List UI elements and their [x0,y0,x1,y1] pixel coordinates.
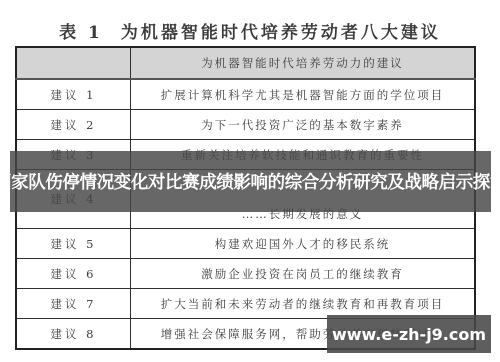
table-row: 建议 5 构建欢迎国外人才的移民系统 [16,229,475,259]
table-title: 为机器智能时代培养劳动者八大建议 [121,23,441,43]
header-cell-recommendation: 为机器智能时代培养劳动力的建议 [131,47,476,79]
table-row: 建议 7 扩大当前和未来劳动者的继续教育和再教育项目 [16,289,475,319]
row-label: 建议 2 [16,110,131,140]
banner-title: 国家队伤停情况变化对比赛成绩影响的综合分析研究及战略启示探讨 [0,169,500,194]
row-text: 扩展计算机科学尤其是机器智能方面的学位项目 [131,79,476,110]
row-label: 建议 6 [16,259,131,289]
title-banner-overlay: 国家队伤停情况变化对比赛成绩影响的综合分析研究及战略启示探讨 [10,151,491,212]
table-row: 建议 6 激励企业投资在岗员工的继续教育 [16,259,475,289]
row-text: 扩大当前和未来劳动者的继续教育和再教育项目 [131,289,476,319]
row-label: 建议 1 [16,79,131,110]
table-row: 建议 2 为下一代投资广泛的基本数字素养 [16,110,475,140]
row-text: 激励企业投资在岗员工的继续教育 [131,259,476,289]
row-text: 为下一代投资广泛的基本数字素养 [131,110,476,140]
row-text: 构建欢迎国外人才的移民系统 [131,229,476,259]
table-header-row: 为机器智能时代培养劳动力的建议 [16,47,475,79]
header-cell-label [16,47,131,79]
watermark-text: www.e-zh-j9.com [332,325,486,344]
table-row: 建议 1 扩展计算机科学尤其是机器智能方面的学位项目 [16,79,475,110]
row-label: 建议 7 [16,289,131,319]
table-caption: 表 1为机器智能时代培养劳动者八大建议 [0,18,500,43]
table-number: 表 1 [59,23,103,43]
row-label: 建议 5 [16,229,131,259]
watermark-overlay: www.e-zh-j9.com [327,315,491,353]
row-label: 建议 8 [16,319,131,350]
